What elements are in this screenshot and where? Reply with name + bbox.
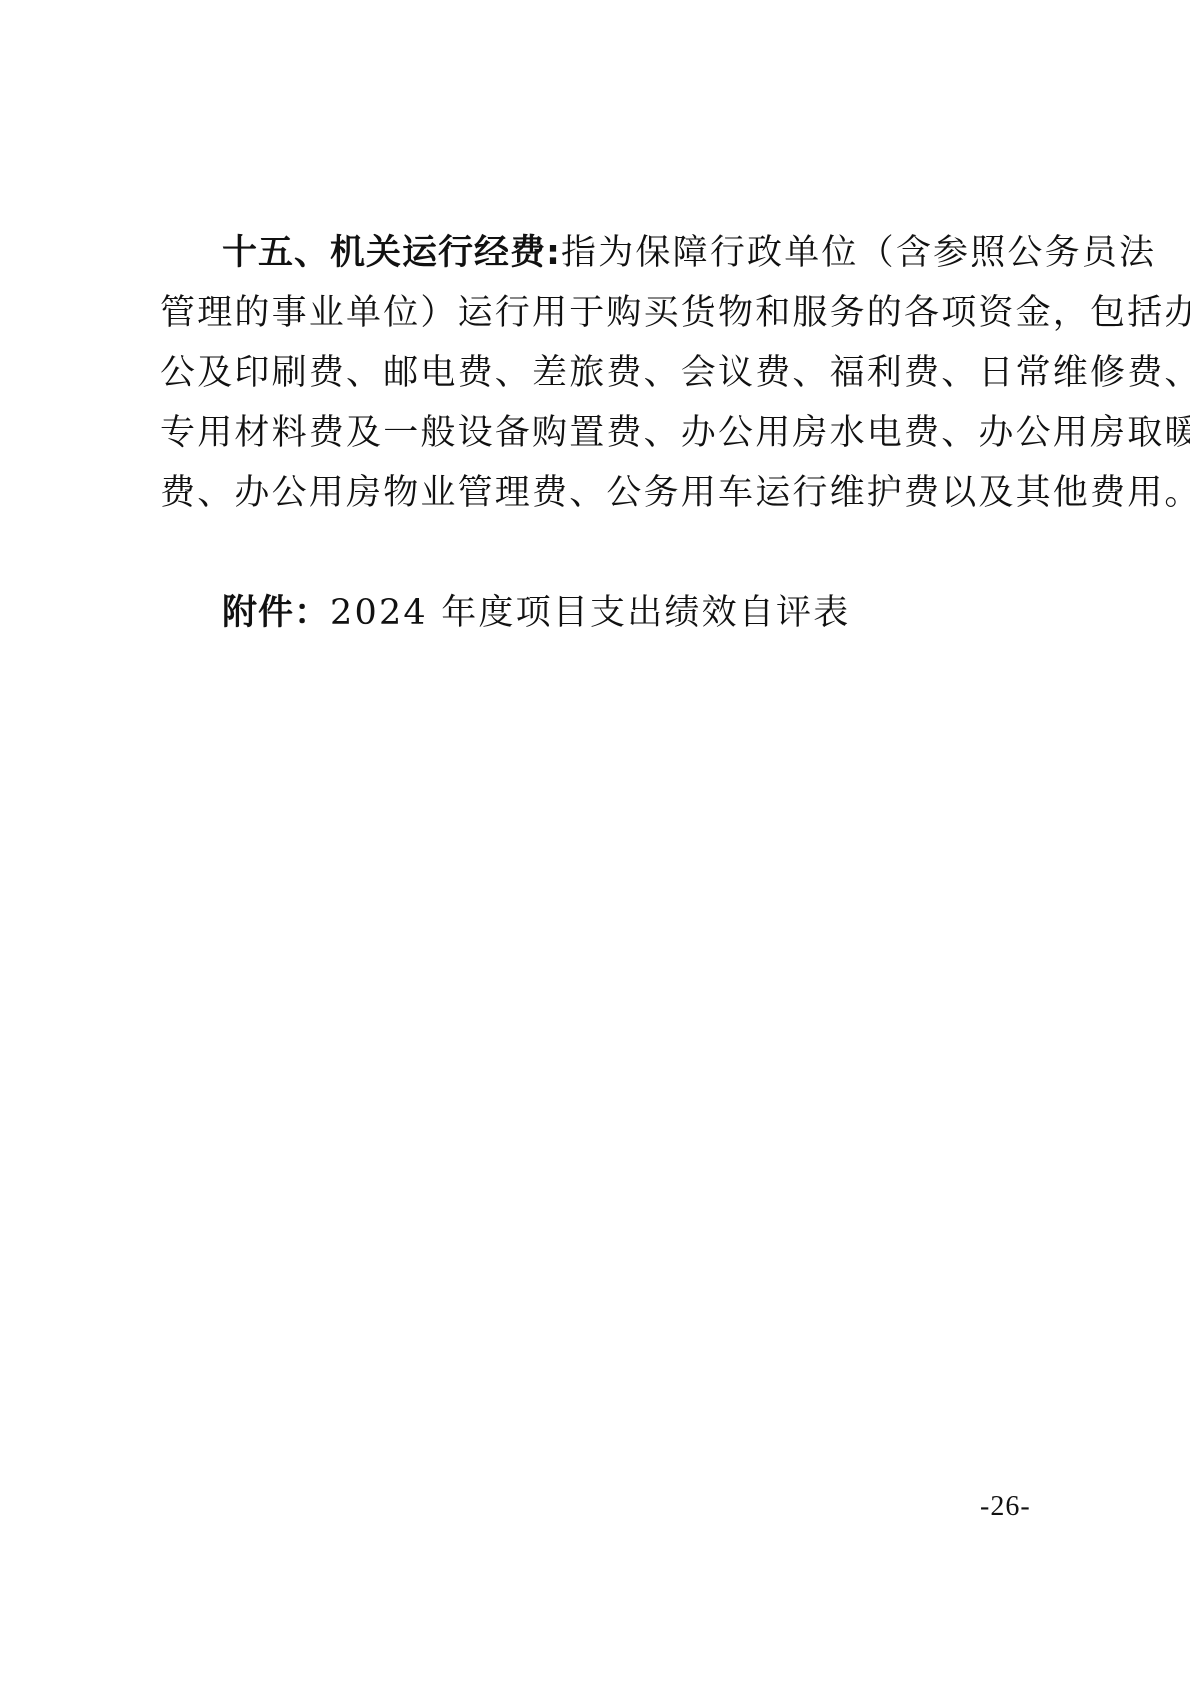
paragraph-text: 指为保障行政单位（含参照公务员法 [561, 233, 1156, 273]
paragraph-line-2: 管理的事业单位）运行用于购买货物和服务的各项资金，包括办 [160, 283, 1040, 343]
document-page: 十五、机关运行经费:指为保障行政单位（含参照公务员法 管理的事业单位）运行用于购… [0, 0, 1190, 1683]
section-heading: 十五、机关运行经费 [222, 233, 546, 273]
attachment-title: 2024 年度项目支出绩效自评表 [330, 593, 850, 633]
paragraph-line-1: 十五、机关运行经费:指为保障行政单位（含参照公务员法 [160, 223, 1040, 283]
section-heading-colon: : [546, 233, 561, 273]
page-number: -26- [980, 1490, 1031, 1524]
section-operating-expenses: 十五、机关运行经费:指为保障行政单位（含参照公务员法 管理的事业单位）运行用于购… [160, 223, 1040, 523]
paragraph-line-4: 专用材料费及一般设备购置费、办公用房水电费、办公用房取暖 [160, 403, 1040, 463]
attachment-line: 附件：2024 年度项目支出绩效自评表 [222, 583, 850, 643]
attachment-label: 附件： [222, 593, 330, 633]
paragraph-line-5: 费、办公用房物业管理费、公务用车运行维护费以及其他费用。 [160, 463, 1040, 523]
paragraph-line-3: 公及印刷费、邮电费、差旅费、会议费、福利费、日常维修费、 [160, 343, 1040, 403]
